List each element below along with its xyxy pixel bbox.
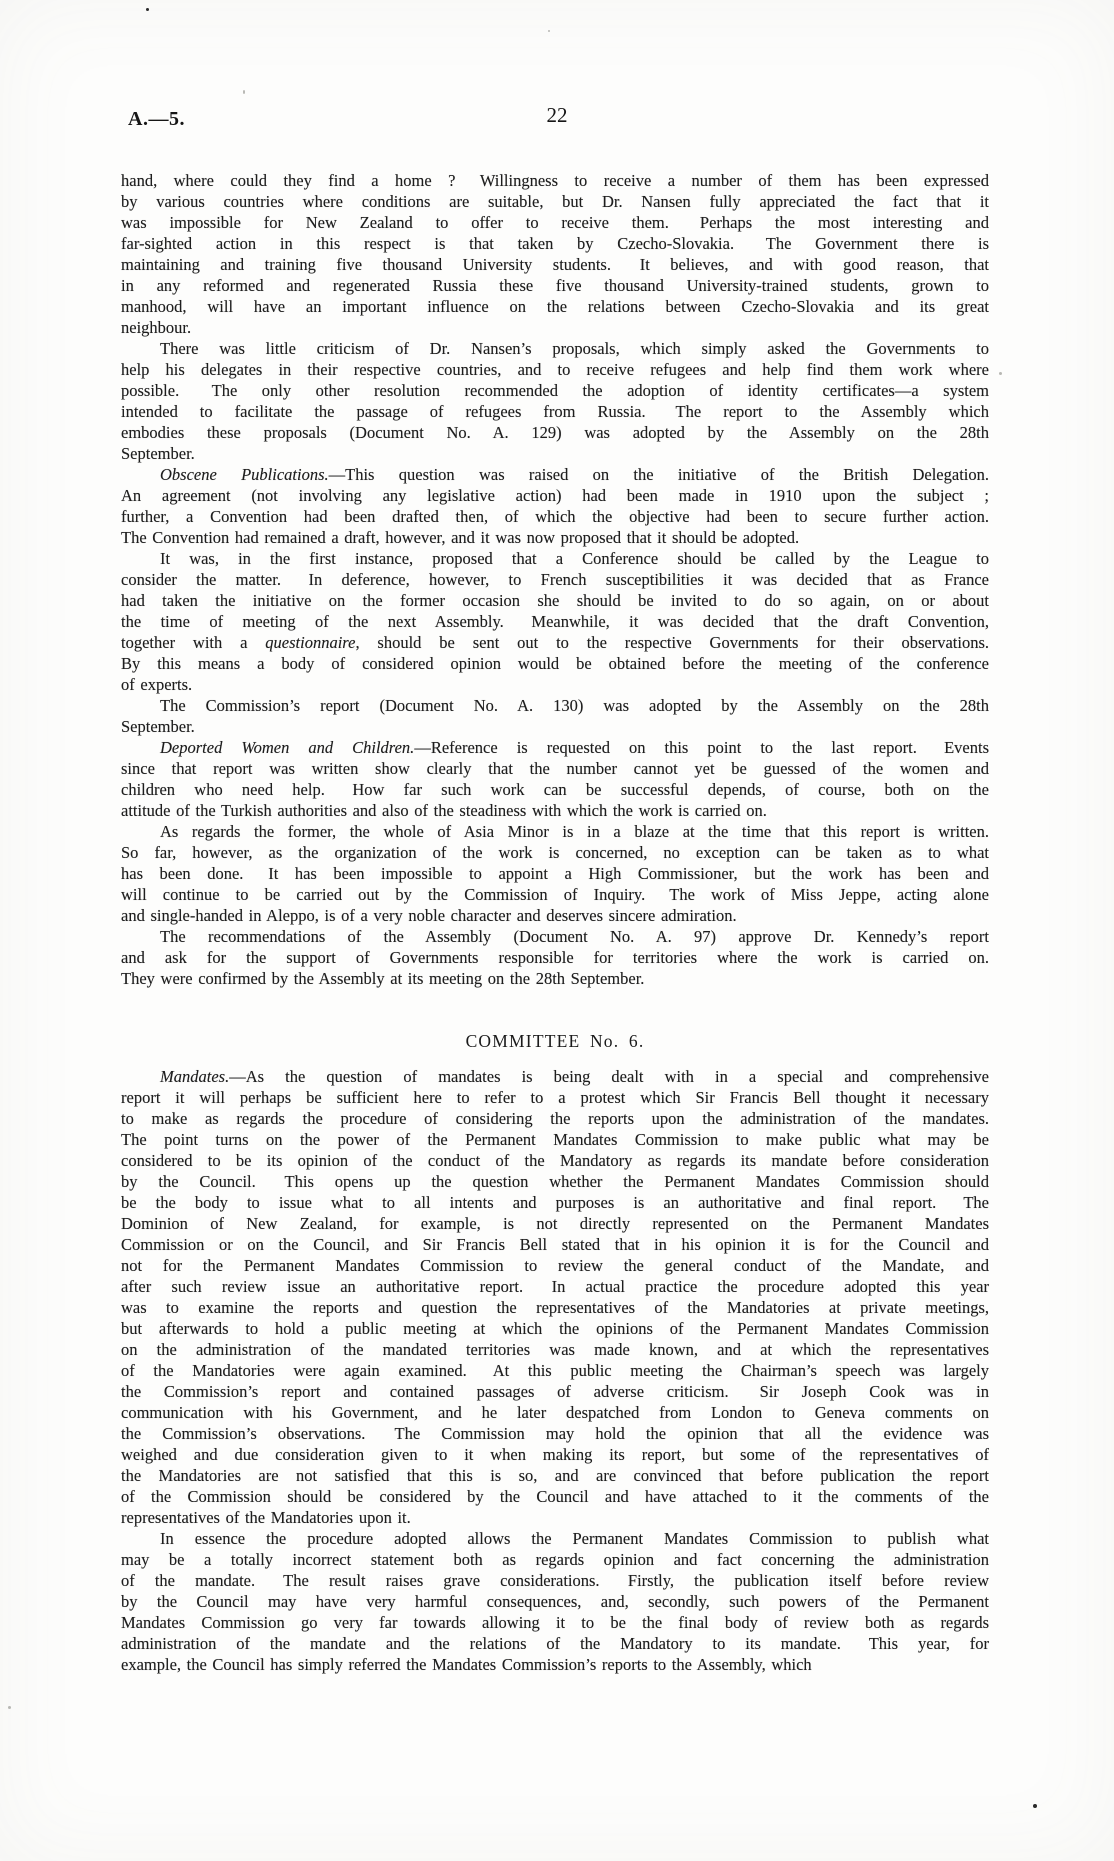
- paragraph: In essence the procedure adopted allows …: [121, 1528, 989, 1675]
- text-line: An agreement (not involving any legislat…: [121, 485, 989, 506]
- text-line: Deported Women and Children.—Reference i…: [121, 737, 989, 758]
- text-line: There was little criticism of Dr. Nansen…: [121, 338, 989, 359]
- text-line: Mandates.—As the question of mandates is…: [121, 1066, 989, 1087]
- body-text-block-upper: hand, where could they find a home ? Wil…: [121, 170, 989, 989]
- text-line: In essence the procedure adopted allows …: [121, 1528, 989, 1549]
- text-line: not for the Permanent Mandates Commissio…: [121, 1255, 989, 1276]
- text-line: Commission or on the Council, and Sir Fr…: [121, 1234, 989, 1255]
- paragraph: There was little criticism of Dr. Nansen…: [121, 338, 989, 464]
- text-line: of the Mandatories were again examined. …: [121, 1360, 989, 1381]
- text-line: By this means a body of considered opini…: [121, 653, 989, 674]
- text-line: will continue to be carried out by the C…: [121, 884, 989, 905]
- paragraph: Deported Women and Children.—Reference i…: [121, 737, 989, 821]
- text-line: by the Council. This opens up the questi…: [121, 1171, 989, 1192]
- text-line: September.: [121, 443, 989, 464]
- text-line: since that report was written show clear…: [121, 758, 989, 779]
- scan-speck: [8, 1706, 11, 1709]
- page-number: 22: [0, 103, 1114, 128]
- section-heading: COMMITTEE No. 6.: [121, 1031, 989, 1052]
- text-line: intended to facilitate the passage of re…: [121, 401, 989, 422]
- text-line: of experts.: [121, 674, 989, 695]
- scan-speck: [1033, 1804, 1037, 1808]
- paragraph: As regards the former, the whole of Asia…: [121, 821, 989, 926]
- text-line: be the body to issue what to all intents…: [121, 1192, 989, 1213]
- text-line: September.: [121, 716, 989, 737]
- text-line: representatives of the Mandatories upon …: [121, 1507, 989, 1528]
- text-line: embodies these proposals (Document No. A…: [121, 422, 989, 443]
- paragraph: hand, where could they find a home ? Wil…: [121, 170, 989, 338]
- paragraph: Mandates.—As the question of mandates is…: [121, 1066, 989, 1528]
- scan-speck: [999, 372, 1002, 375]
- text-line: may be a totally incorrect statement bot…: [121, 1549, 989, 1570]
- text-line: further, a Convention had been drafted t…: [121, 506, 989, 527]
- text-line: to make as regards the procedure of cons…: [121, 1108, 989, 1129]
- text-line: The Commission’s report (Document No. A.…: [121, 695, 989, 716]
- text-line: far-sighted action in this respect is th…: [121, 233, 989, 254]
- text-line: but afterwards to hold a public meeting …: [121, 1318, 989, 1339]
- text-line: attitude of the Turkish authorities and …: [121, 800, 989, 821]
- text-line: and ask for the support of Governments r…: [121, 947, 989, 968]
- text-line: of the mandate. The result raises grave …: [121, 1570, 989, 1591]
- text-line: considered to be its opinion of the cond…: [121, 1150, 989, 1171]
- scan-speck: [548, 30, 550, 32]
- text-line: of the Commission should be considered b…: [121, 1486, 989, 1507]
- body-text-block-lower: Mandates.—As the question of mandates is…: [121, 1066, 989, 1675]
- text-line: was impossible for New Zealand to offer …: [121, 212, 989, 233]
- text-line: maintaining and training five thousand U…: [121, 254, 989, 275]
- text-line: The Convention had remained a draft, how…: [121, 527, 989, 548]
- text-line: on the administration of the mandated te…: [121, 1339, 989, 1360]
- paragraph: It was, in the first instance, proposed …: [121, 548, 989, 695]
- text-line: Mandates Commission go very far towards …: [121, 1612, 989, 1633]
- text-line: It was, in the first instance, proposed …: [121, 548, 989, 569]
- text-line: example, the Council has simply referred…: [121, 1654, 989, 1675]
- text-line: the Commission’s observations. The Commi…: [121, 1423, 989, 1444]
- text-line: and single-handed in Aleppo, is of a ver…: [121, 905, 989, 926]
- text-line: The recommendations of the Assembly (Doc…: [121, 926, 989, 947]
- text-line: hand, where could they find a home ? Wil…: [121, 170, 989, 191]
- text-line: report it will perhaps be sufficient her…: [121, 1087, 989, 1108]
- text-line: possible. The only other resolution reco…: [121, 380, 989, 401]
- scan-speck: [243, 90, 245, 94]
- text-line: weighed and due consideration given to i…: [121, 1444, 989, 1465]
- text-line: So far, however, as the organization of …: [121, 842, 989, 863]
- text-line: the Commission’s report and contained pa…: [121, 1381, 989, 1402]
- text-line: children who need help. How far such wor…: [121, 779, 989, 800]
- text-line: manhood, will have an important influenc…: [121, 296, 989, 317]
- text-line: help his delegates in their respective c…: [121, 359, 989, 380]
- text-line: the Mandatories are not satisfied that t…: [121, 1465, 989, 1486]
- text-line: Obscene Publications.—This question was …: [121, 464, 989, 485]
- text-line: had taken the initiative on the former o…: [121, 590, 989, 611]
- text-line: together with a questionnaire, should be…: [121, 632, 989, 653]
- text-line: by various countries where conditions ar…: [121, 191, 989, 212]
- text-line: has been done. It has been impossible to…: [121, 863, 989, 884]
- text-line: the time of meeting of the next Assembly…: [121, 611, 989, 632]
- text-line: after such review issue an authoritative…: [121, 1276, 989, 1297]
- text-line: communication with his Government, and h…: [121, 1402, 989, 1423]
- text-line: Dominion of New Zealand, for example, is…: [121, 1213, 989, 1234]
- text-line: The point turns on the power of the Perm…: [121, 1129, 989, 1150]
- text-line: in any reformed and regenerated Russia t…: [121, 275, 989, 296]
- scan-speck: [146, 8, 149, 11]
- text-line: by the Council may have very harmful con…: [121, 1591, 989, 1612]
- paragraph: The recommendations of the Assembly (Doc…: [121, 926, 989, 989]
- text-line: As regards the former, the whole of Asia…: [121, 821, 989, 842]
- paragraph: The Commission’s report (Document No. A.…: [121, 695, 989, 737]
- text-line: consider the matter. In deference, howev…: [121, 569, 989, 590]
- text-line: was to examine the reports and question …: [121, 1297, 989, 1318]
- text-line: They were confirmed by the Assembly at i…: [121, 968, 989, 989]
- text-line: administration of the mandate and the re…: [121, 1633, 989, 1654]
- text-line: neighbour.: [121, 317, 989, 338]
- paragraph: Obscene Publications.—This question was …: [121, 464, 989, 548]
